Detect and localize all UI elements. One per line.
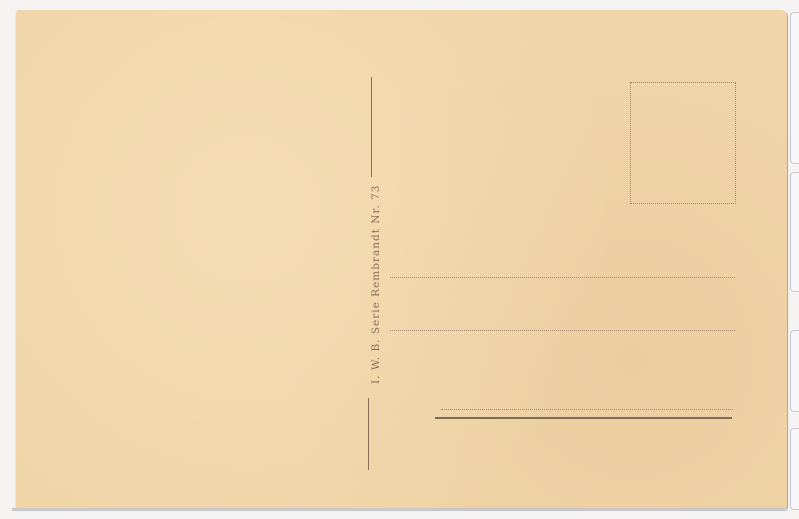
stamp-box xyxy=(630,82,736,204)
center-divider-bottom xyxy=(368,398,369,470)
album-tab xyxy=(790,12,799,164)
address-line-3 xyxy=(441,409,733,410)
center-divider-top xyxy=(371,77,372,177)
address-line-1 xyxy=(390,277,735,278)
album-tab xyxy=(790,330,799,412)
card-edge xyxy=(12,508,787,511)
address-underline xyxy=(435,417,732,419)
address-line-2 xyxy=(390,330,735,331)
album-tab xyxy=(790,428,799,510)
album-tab xyxy=(790,172,799,292)
publisher-series-text: I. W. B. Serie Rembrandt Nr. 73 xyxy=(370,185,382,384)
